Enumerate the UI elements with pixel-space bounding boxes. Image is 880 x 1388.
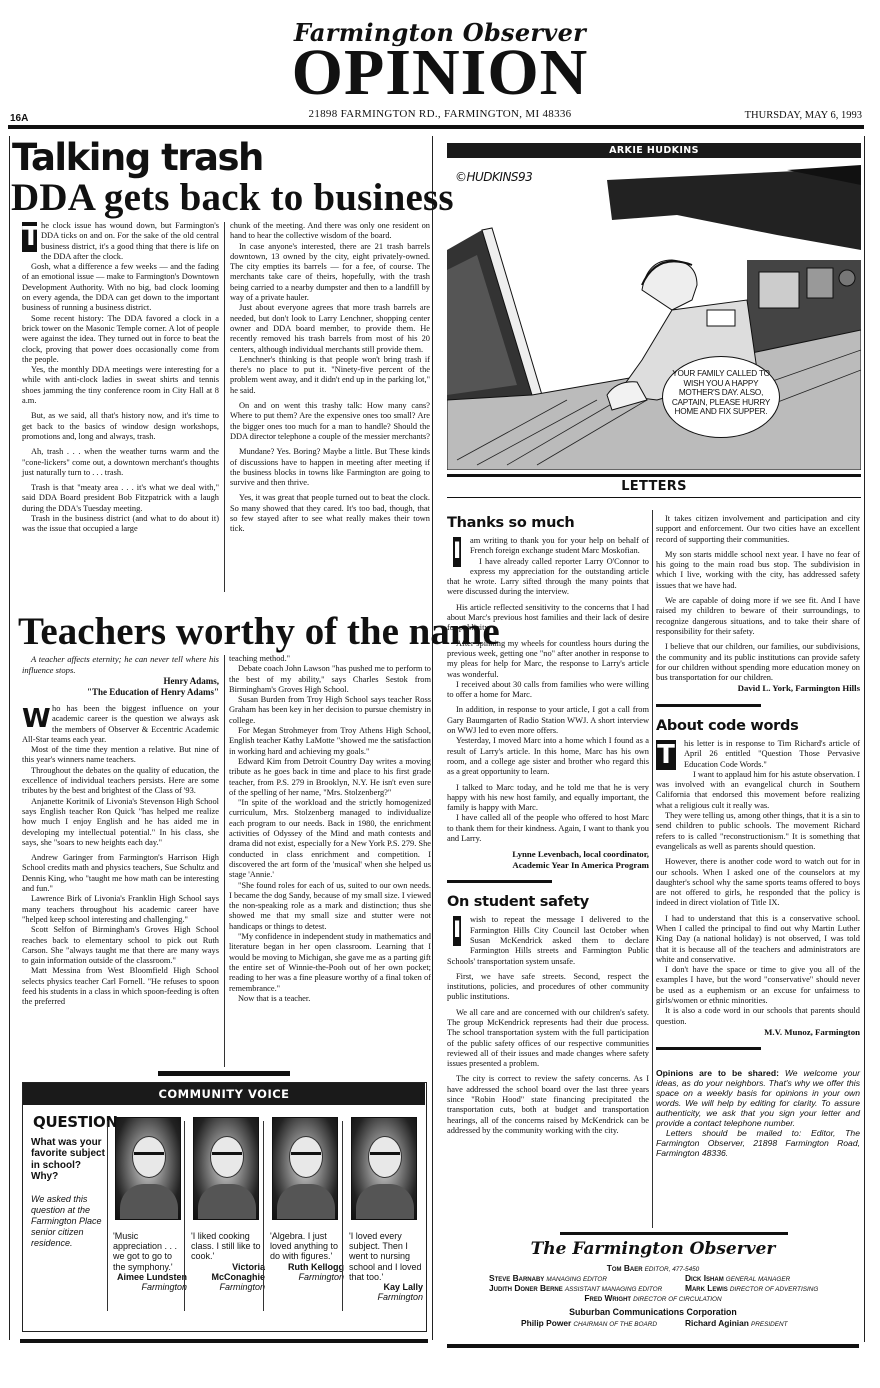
paragraph: Trash is that "meaty area . . . it's wha… xyxy=(22,483,219,514)
letter-separator xyxy=(656,1047,761,1050)
paragraph: I don't have the space or time to give y… xyxy=(656,965,860,1006)
paragraph: Just about everyone agrees that more tra… xyxy=(230,303,430,354)
respondent-name: Kay Lally xyxy=(349,1282,423,1292)
paragraph: Now that is a teacher. xyxy=(229,994,431,1004)
question-text: What was your favorite subject in school… xyxy=(31,1137,109,1182)
respondent-quote: 'Music appreciation . . . we got to go t… xyxy=(113,1231,187,1272)
paragraph: wish to repeat the message I delivered t… xyxy=(447,915,649,965)
paragraph: I have already called reporter Larry O'C… xyxy=(447,557,649,598)
epigraph-source: "The Education of Henry Adams" xyxy=(22,687,219,698)
staff-rule xyxy=(560,1232,788,1235)
paragraph: I want to applaud him for his astute obs… xyxy=(656,770,860,811)
question-label: QUESTION: xyxy=(31,1113,109,1131)
article-column-1: A teacher affects eternity; he can never… xyxy=(22,654,219,1008)
masthead-rule xyxy=(8,125,864,129)
paragraph: In addition, in response to your article… xyxy=(447,705,649,736)
staff-assistant-managing-editor: Judith Doner Berne Assistant Managing Ed… xyxy=(489,1284,662,1294)
letters-policy: Opinions are to be shared: We welcome yo… xyxy=(656,1068,860,1158)
epigraph: A teacher affects eternity; he can never… xyxy=(22,654,219,676)
respondent-card: 'I liked cooking class. I still like to … xyxy=(191,1117,265,1292)
respondent-name: Victoria McConaghie xyxy=(191,1262,265,1282)
respondent-town: Farmington xyxy=(270,1272,344,1282)
headline: Talking trash xyxy=(12,138,263,178)
respondent-quote: 'I liked cooking class. I still like to … xyxy=(191,1231,265,1262)
paragraph: It is also a code word in our schools th… xyxy=(656,1006,860,1027)
letter-signature: David L. York, Farmington Hills xyxy=(656,683,860,694)
respondent-photo xyxy=(272,1117,338,1220)
paragraph: Anjanette Koritnik of Livonia's Stevenso… xyxy=(22,797,219,848)
respondent-town: Farmington xyxy=(349,1292,423,1302)
column-divider xyxy=(224,655,225,1067)
letter-signature: Lynne Levenbach, local coordinator, xyxy=(447,849,649,860)
paragraph: Susan Burden from Troy High School says … xyxy=(229,695,431,726)
staff-person-name: Tom Baer xyxy=(607,1263,643,1273)
paragraph: But, as we said, all that's history now,… xyxy=(22,411,219,442)
cartoon-illustration xyxy=(447,160,861,470)
paragraph: Lenchner's thinking is that people won't… xyxy=(230,355,430,396)
respondent-card: 'Algebra. I just loved anything to do wi… xyxy=(270,1117,344,1282)
paragraph: chunk of the meeting. And there was only… xyxy=(230,221,430,242)
paragraph: Debate coach John Lawson "has pushed me … xyxy=(229,664,431,695)
paragraph: Matt Messina from West Bloomfield High S… xyxy=(22,966,219,1007)
cartoonist-signature: ©HUDKINS93 xyxy=(455,170,532,184)
respondent-photo xyxy=(351,1117,417,1220)
paragraph: The city is correct to review the safety… xyxy=(447,1074,649,1136)
paragraph: Throughout the debates on the quality of… xyxy=(22,766,219,797)
speech-bubble: Your family called to wish you a happy M… xyxy=(662,356,780,438)
respondent-photo xyxy=(115,1117,181,1220)
paragraph: Andrew Garinger from Farmington's Harris… xyxy=(22,853,219,894)
article-column-2: teaching method." Debate coach John Laws… xyxy=(229,654,431,1004)
staff-person-title: General Manager xyxy=(726,1276,791,1283)
letter-separator xyxy=(656,704,761,707)
paragraph: Scott Selfon of Birmingham's Groves High… xyxy=(22,925,219,966)
staff-paper-name: The Farmington Observer xyxy=(441,1239,865,1259)
respondent-photo xyxy=(193,1117,259,1220)
letters-column-1: Thanks so much Iam writing to thank you … xyxy=(447,514,649,1136)
letter-signature: M.V. Munoz, Farmington xyxy=(656,1027,860,1038)
staff-person-title: President xyxy=(751,1321,788,1328)
respondent-town: Farmington xyxy=(191,1282,265,1292)
policy-lead: Opinions are to be shared: xyxy=(656,1068,779,1078)
paragraph: am writing to thank you for your help on… xyxy=(470,536,649,555)
letter-on-student-safety: On student safety Iwish to repeat the me… xyxy=(447,893,649,1136)
drop-cap: T xyxy=(656,740,676,770)
drop-cap: W xyxy=(22,705,48,733)
staff-person-title: Assistant Managing Editor xyxy=(565,1286,662,1293)
staff-person-name: Fred Wright xyxy=(584,1293,631,1303)
paragraph: "My confidence in independent study in m… xyxy=(229,932,431,994)
respondent-name: Aimee Lundsten xyxy=(113,1272,187,1282)
policy-mail-address: Letters should be mailed to: Editor, The… xyxy=(656,1128,860,1158)
letters-rule-top xyxy=(447,474,861,477)
staff-corporation: Suburban Communications Corporation xyxy=(441,1308,865,1317)
staff-person-title: Chairman of the Board xyxy=(573,1321,657,1328)
epigraph-author: Henry Adams, xyxy=(22,676,219,687)
paragraph: I had to understand that this is a conse… xyxy=(656,914,860,965)
letter-thanks-so-much: Thanks so much Iam writing to thank you … xyxy=(447,514,649,870)
paragraph: They were telling us, among other things… xyxy=(656,811,860,852)
subheadline: DDA gets back to business xyxy=(11,176,454,220)
cartoonist-header: ARKIE HUDKINS xyxy=(447,143,861,158)
staff-box: The Farmington Observer Tom Baer Editor,… xyxy=(441,1228,865,1340)
paragraph: However, there is another code word to w… xyxy=(656,857,860,908)
paragraph: My son starts middle school next year. I… xyxy=(656,550,860,591)
drop-cap: T xyxy=(22,222,37,252)
staff-person-name: Richard Aginian xyxy=(685,1318,749,1328)
paragraph: For Megan Strohmeyer from Troy Athens Hi… xyxy=(229,726,431,757)
paragraph: Ah, trash . . . when the weather turns w… xyxy=(22,447,219,478)
staff-person-title: Editor, 477-5450 xyxy=(645,1266,700,1273)
respondent-name: Ruth Kellogg xyxy=(270,1262,344,1272)
paragraph: his letter is in response to Tim Richard… xyxy=(684,739,860,769)
staff-director-circulation: Fred Wright Director of Circulation xyxy=(441,1294,865,1304)
section-rule xyxy=(158,1071,290,1076)
divider xyxy=(107,1121,108,1311)
paragraph: On and on went this trashy talk: How man… xyxy=(230,401,430,442)
paragraph: ho has been the biggest influence on you… xyxy=(22,704,219,744)
letters-section-label: LETTERS xyxy=(447,479,861,494)
paragraph: Lawrence Birk of Livonia's Franklin High… xyxy=(22,894,219,925)
staff-person-name: Steve Barnaby xyxy=(489,1273,544,1283)
paragraph: We are capable of doing more if we see f… xyxy=(656,596,860,637)
letter-about-code-words: About code words This letter is in respo… xyxy=(656,717,860,1038)
bottom-rule xyxy=(20,1339,428,1343)
staff-person-title: Director of Circulation xyxy=(633,1296,721,1303)
article-column-1: The clock issue has wound down, but Farm… xyxy=(22,221,219,535)
paragraph: he clock issue has wound down, but Farmi… xyxy=(41,221,219,261)
staff-president: Richard Aginian President xyxy=(685,1319,788,1329)
paragraph: I received about 30 calls from families … xyxy=(447,680,649,701)
column-divider xyxy=(652,510,653,1228)
respondent-card: 'Music appreciation . . . we got to go t… xyxy=(113,1117,187,1292)
divider xyxy=(342,1121,343,1311)
staff-person-title: Director of Advertising xyxy=(730,1286,819,1293)
letters-column-2: It takes citizen involvement and partici… xyxy=(656,514,860,1158)
letter-signature-org: Academic Year In America Program xyxy=(447,860,649,871)
paragraph: We all care and are concerned with our c… xyxy=(447,1008,649,1070)
paragraph: I have called all of the people who offe… xyxy=(447,813,649,844)
paragraph: Yes, it was great that people turned out… xyxy=(230,493,430,534)
paragraph: Yes, the monthly DDA meetings were inter… xyxy=(22,365,219,406)
cockpit-drawing-icon xyxy=(447,160,861,470)
staff-person-title: Managing Editor xyxy=(546,1276,607,1283)
respondent-quote: 'Algebra. I just loved anything to do wi… xyxy=(270,1231,344,1262)
staff-person-name: Mark Lewis xyxy=(685,1283,728,1293)
paragraph: Mundane? Yes. Boring? Maybe a little. Bu… xyxy=(230,447,430,488)
letter-headline: Thanks so much xyxy=(447,514,649,532)
paragraph: Some recent history: The DDA favored a c… xyxy=(22,314,219,365)
headline: Teachers worthy of the name xyxy=(18,610,500,654)
drop-cap: I xyxy=(453,537,461,567)
paragraph: teaching method." xyxy=(229,654,431,664)
page-number: 16A xyxy=(10,113,28,124)
paragraph: "She found roles for each of us, suited … xyxy=(229,881,431,932)
respondent-quote: 'I loved every subject. Then I went to n… xyxy=(349,1231,423,1282)
paragraph: I believe that our children, our familie… xyxy=(656,642,860,683)
staff-person-name: Dick Isham xyxy=(685,1273,724,1283)
article-column-2: chunk of the meeting. And there was only… xyxy=(230,221,430,535)
divider xyxy=(263,1121,264,1311)
drop-cap: I xyxy=(453,916,461,946)
paragraph: His article reflected sensitivity to the… xyxy=(447,603,649,634)
paragraph: Most of the time they mention a relative… xyxy=(22,745,219,766)
respondent-card: 'I loved every subject. Then I went to n… xyxy=(349,1117,423,1302)
question-note: We asked this question at the Farmington… xyxy=(31,1194,109,1249)
question-panel: QUESTION: What was your favorite subject… xyxy=(31,1113,109,1249)
paragraph: Trash in the business district (and what… xyxy=(22,514,219,535)
paragraph: First, we have safe streets. Second, res… xyxy=(447,972,649,1003)
letters-rule-bottom xyxy=(447,497,861,498)
community-voice-header: COMMUNITY VOICE xyxy=(23,1083,425,1105)
section-title: OPINION xyxy=(0,40,880,106)
respondent-town: Farmington xyxy=(113,1282,187,1292)
masthead: Farmington Observer OPINION 21898 FARMIN… xyxy=(0,0,880,128)
issue-date: THURSDAY, MAY 6, 1993 xyxy=(745,110,862,121)
bottom-rule xyxy=(447,1344,859,1348)
divider xyxy=(184,1121,185,1311)
paragraph: Yesterday, I moved Marc into a home whic… xyxy=(447,736,649,777)
community-voice-box: COMMUNITY VOICE QUESTION: What was your … xyxy=(22,1082,427,1332)
paragraph: Edward Kim from Detroit Country Day writ… xyxy=(229,757,431,798)
paragraph: "In spite of the workload and the strict… xyxy=(229,798,431,880)
staff-person-name: Philip Power xyxy=(521,1318,571,1328)
letter-headline: On student safety xyxy=(447,893,649,911)
staff-chairman: Philip Power Chairman of the Board xyxy=(521,1319,657,1329)
staff-person-name: Judith Doner Berne xyxy=(489,1283,563,1293)
paragraph: In case anyone's interested, there are 2… xyxy=(230,242,430,304)
staff-director-advertising: Mark Lewis Director of Advertising xyxy=(685,1284,818,1294)
paragraph: After spinning my wheels for countless h… xyxy=(447,639,649,680)
paragraph: It takes citizen involvement and partici… xyxy=(656,514,860,545)
paragraph: I talked to Marc today, and he told me t… xyxy=(447,783,649,814)
column-divider xyxy=(224,222,225,592)
paragraph: Gosh, what a difference a few weeks — an… xyxy=(22,262,219,313)
letter-separator xyxy=(447,880,552,883)
letter-headline: About code words xyxy=(656,717,860,735)
